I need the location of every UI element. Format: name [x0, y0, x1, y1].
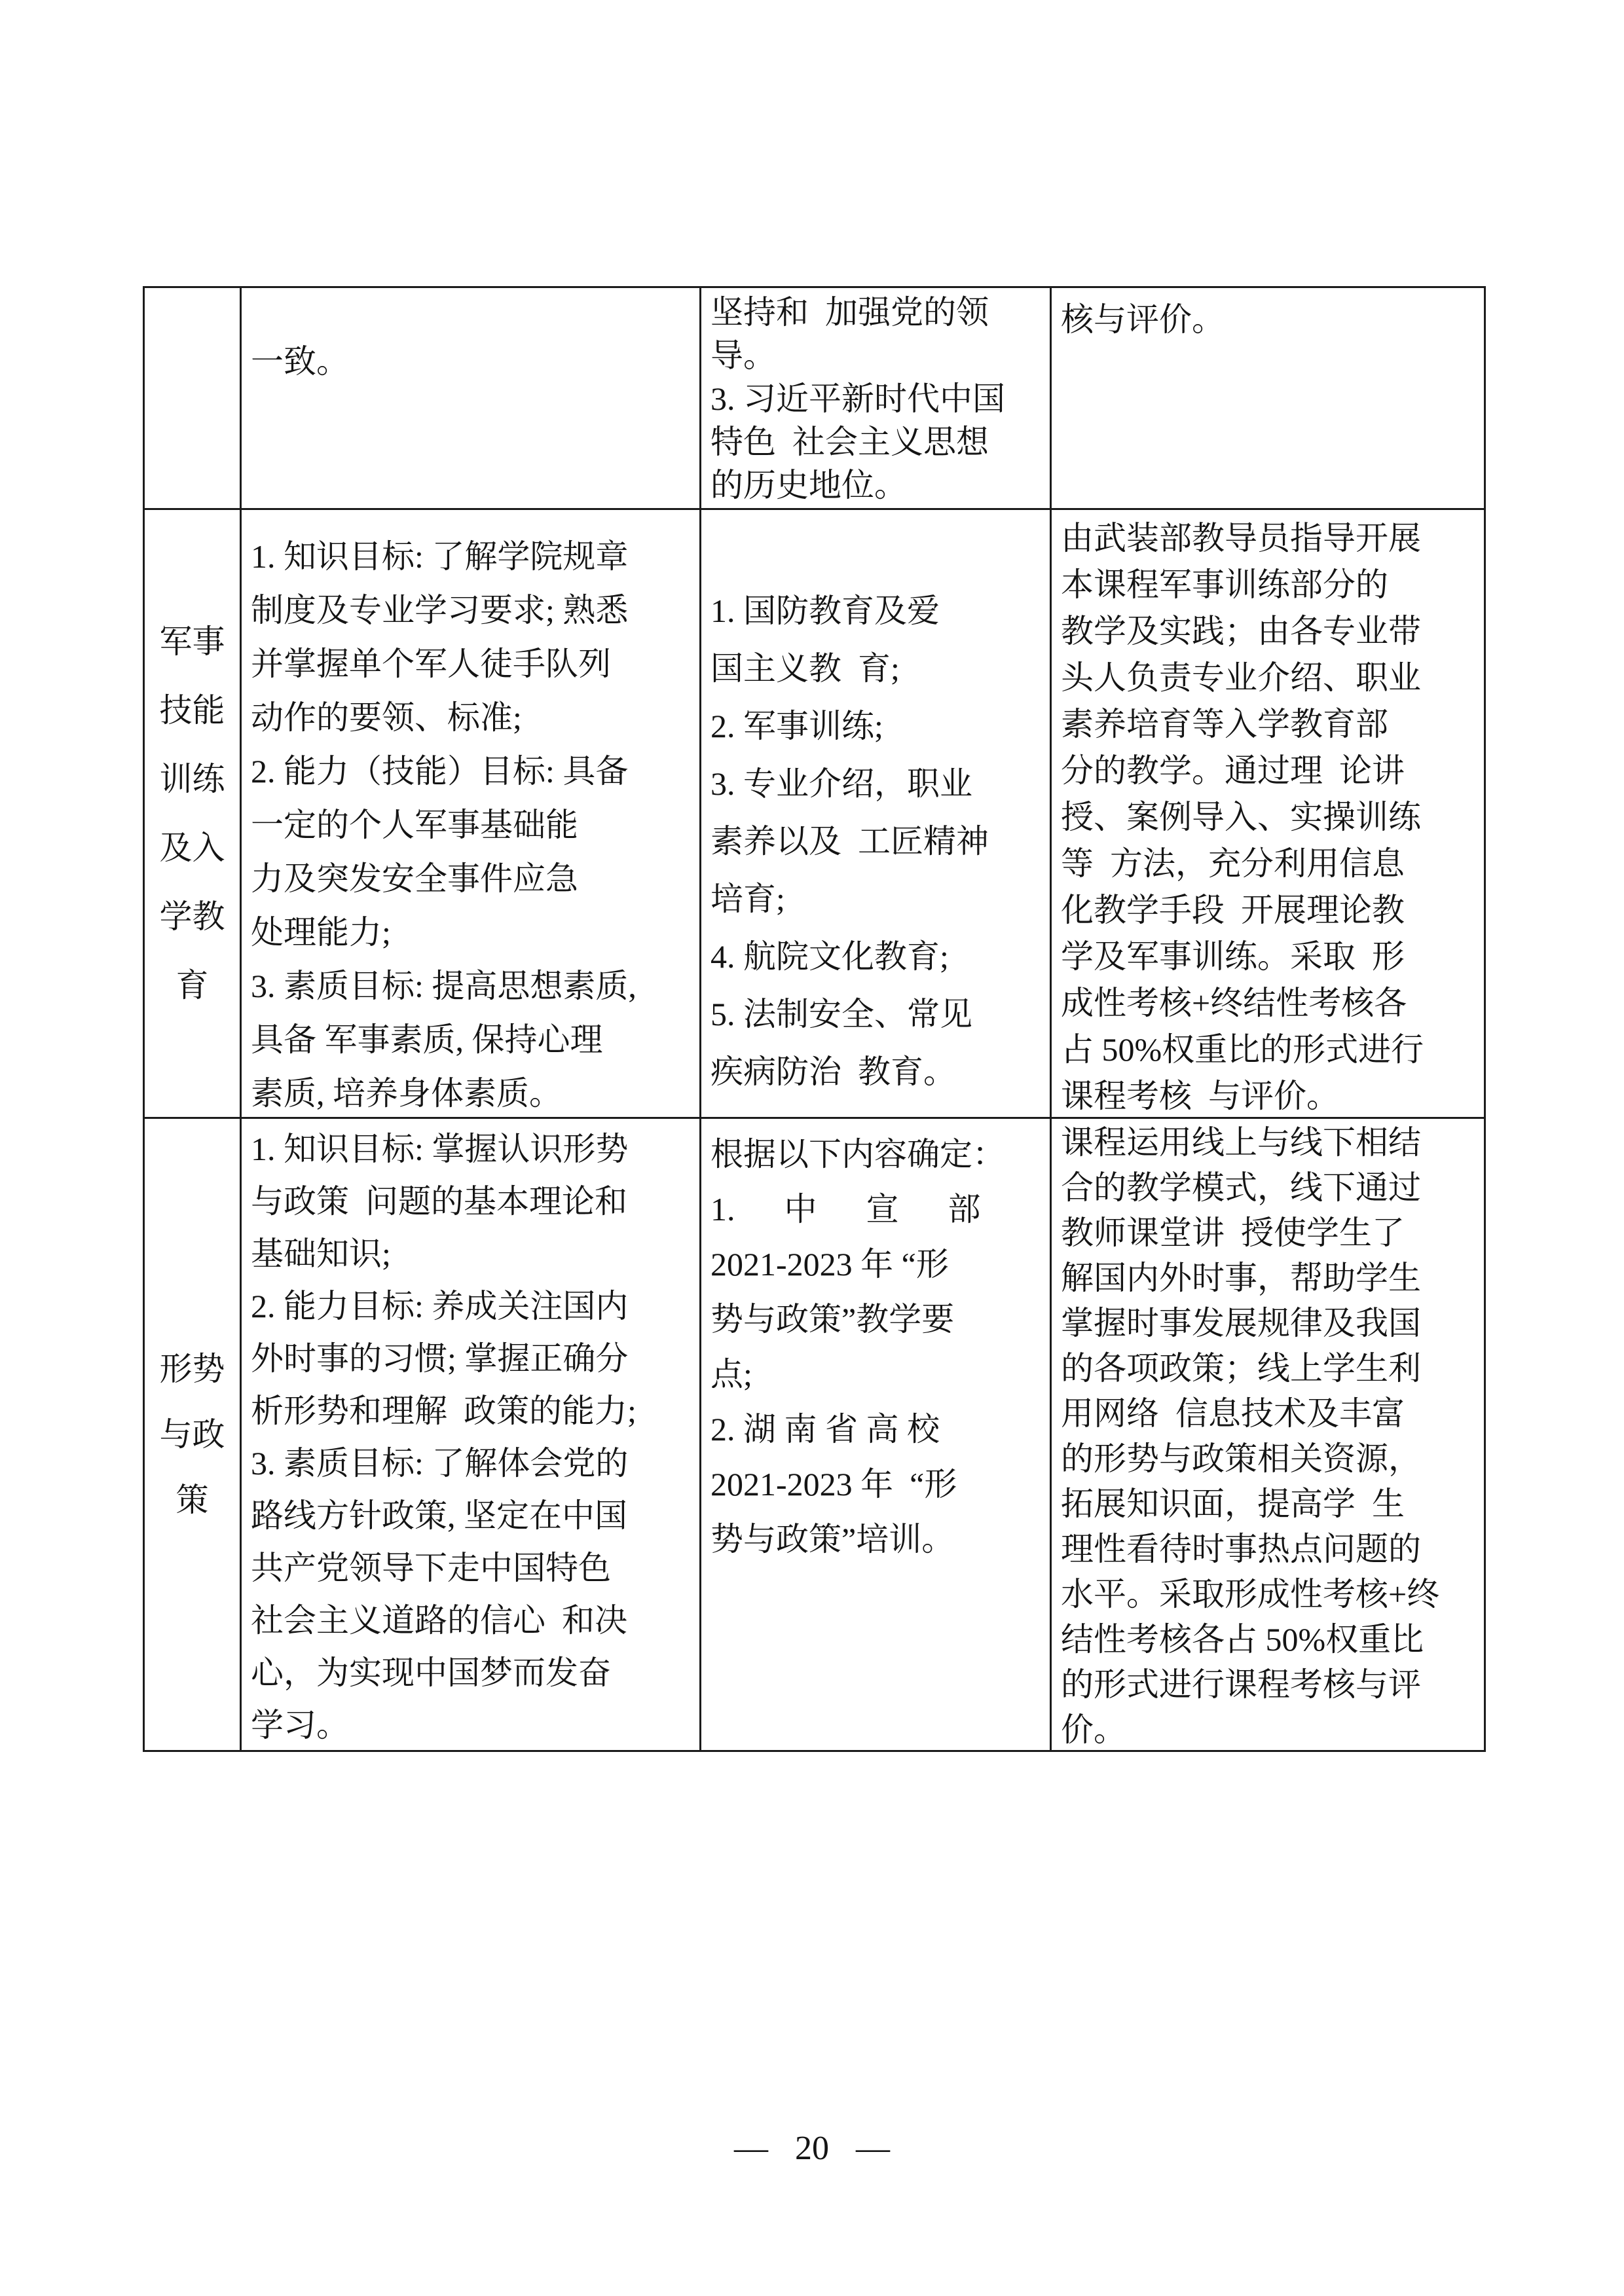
row1-course-name-cell: [145, 288, 242, 510]
row3-objectives-cell: 1. 知识目标: 掌握认识形势 与政策 问题的基本理论和 基础知识; 2. 能力…: [242, 1119, 701, 1752]
row2-course-name-cell: 军事 技能 训练 及入 学教 育: [145, 510, 242, 1119]
row3-teaching-content-cell: 根据以下内容确定： 1. 中 宣 部 2021-2023 年 “形 势与政策”教…: [701, 1119, 1052, 1752]
row1-implementation-cell: 核与评价。: [1052, 288, 1486, 510]
document-page: 一致。 坚持和 加强党的领 导。 3. 习近平新时代中国 特色 社会主义思想 的…: [0, 0, 1624, 2296]
page-number: — 20 —: [0, 2129, 1624, 2168]
row2-implementation-cell: 由武装部教导员指导开展 本课程军事训练部分的 教学及实践；由各专业带 头人负责专…: [1052, 510, 1486, 1119]
row2-objectives-cell: 1. 知识目标: 了解学院规章 制度及专业学习要求; 熟悉 并掌握单个军人徒手队…: [242, 510, 701, 1119]
row1-teaching-content-cell: 坚持和 加强党的领 导。 3. 习近平新时代中国 特色 社会主义思想 的历史地位…: [701, 288, 1052, 510]
course-syllabus-table: 一致。 坚持和 加强党的领 导。 3. 习近平新时代中国 特色 社会主义思想 的…: [143, 286, 1486, 1752]
row2-teaching-content-cell: 1. 国防教育及爱 国主义教 育; 2. 军事训练; 3. 专业介绍，职业 素养…: [701, 510, 1052, 1119]
row3-course-name-cell: 形势 与政 策: [145, 1119, 242, 1752]
row3-implementation-cell: 课程运用线上与线下相结 合的教学模式，线下通过 教师课堂讲 授使学生了 解国内外…: [1052, 1119, 1486, 1752]
row1-objectives-cell: 一致。: [242, 288, 701, 510]
